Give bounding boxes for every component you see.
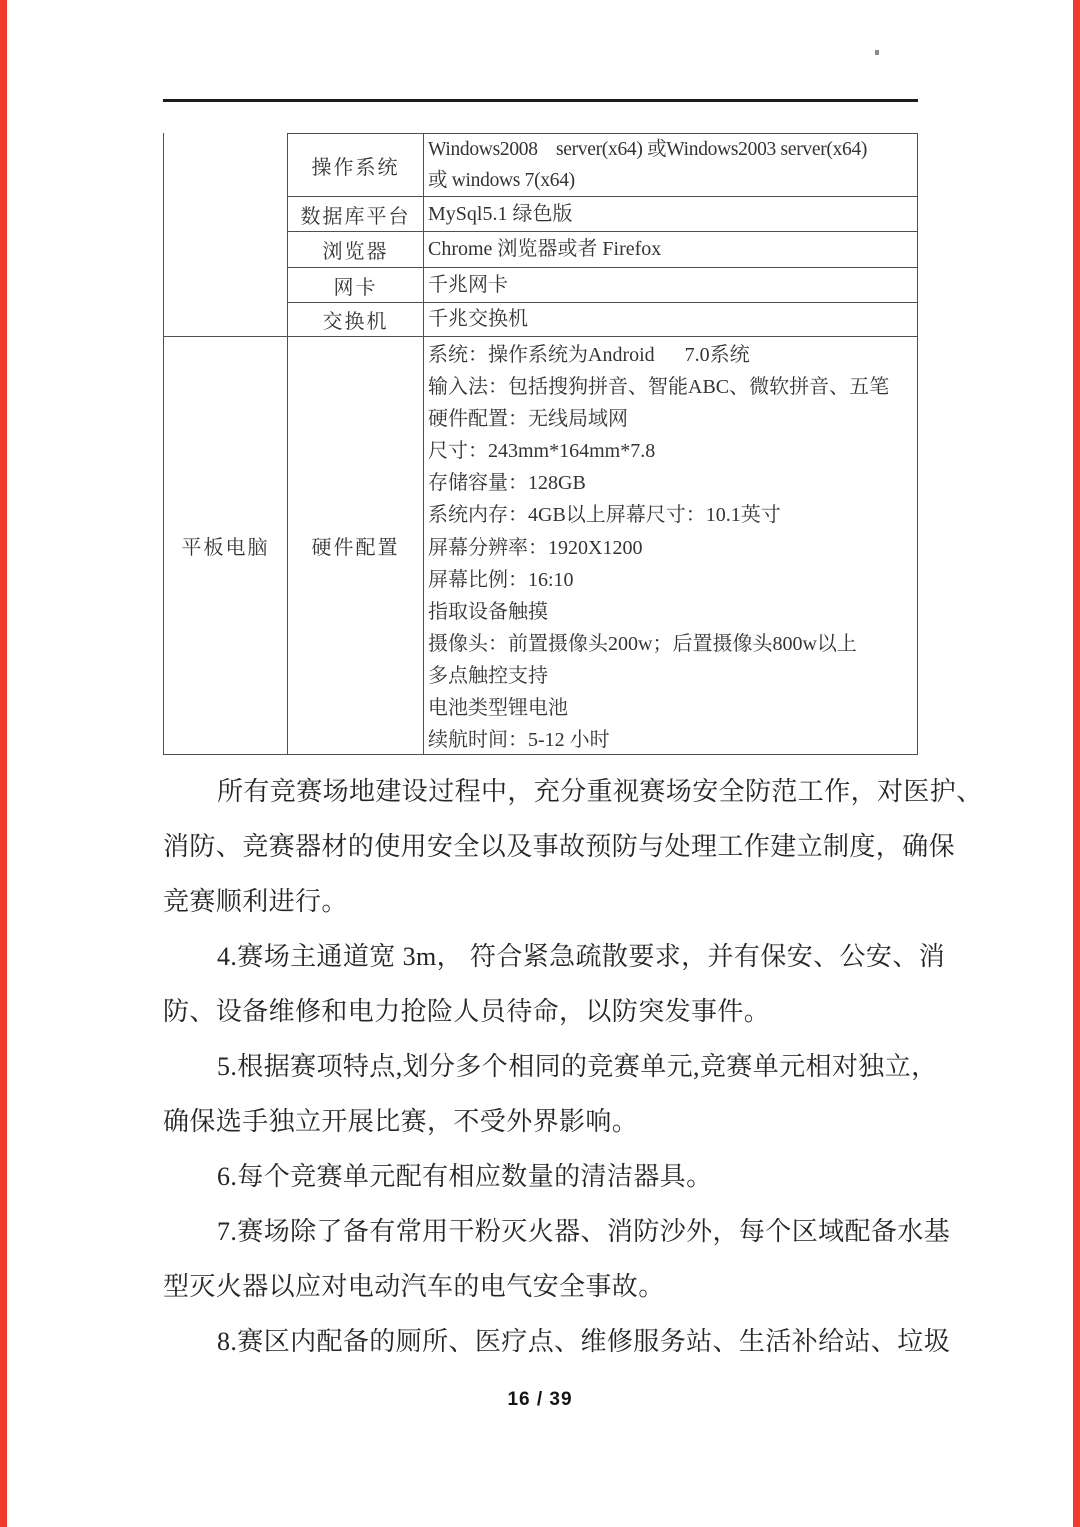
body-paragraphs: 所有竞赛场地建设过程中，充分重视赛场安全防范工作，对医护、消防、竞赛器材的使用安…	[163, 764, 923, 1369]
tablet-spec-line: 屏幕比例：16:10	[428, 564, 913, 596]
body-text-line: 8.赛区内配备的厕所、医疗点、维修服务站、生活补给站、垃圾	[163, 1314, 923, 1369]
table-row-value: Chrome 浏览器或者 Firefox	[424, 232, 918, 268]
body-text-line: 消防、竞赛器材的使用安全以及事故预防与处理工作建立制度，确保	[163, 819, 923, 874]
table-row-label: 网卡	[288, 268, 424, 303]
table-cell-tablet-specs: 系统：操作系统为Android 7.0系统输入法：包括搜狗拼音、智能ABC、微软…	[424, 337, 918, 755]
tablet-spec-line: 存储容量：128GB	[428, 467, 913, 499]
tablet-spec-line: 系统：操作系统为Android 7.0系统	[428, 339, 913, 371]
table-row-value: Windows2008 server(x64) 或Windows2003 ser…	[424, 133, 918, 197]
tablet-spec-line: 摄像头：前置摄像头200w；后置摄像头800w以上	[428, 628, 913, 660]
table-value-line: 千兆网卡	[428, 270, 913, 301]
stray-mark	[875, 50, 879, 55]
body-text-line: 型灭火器以应对电动汽车的电气安全事故。	[163, 1259, 923, 1314]
tablet-spec-line: 指取设备触摸	[428, 596, 913, 628]
table-row-value: 千兆网卡	[424, 268, 918, 303]
table-cell-label: 硬件配置	[288, 337, 424, 755]
table-row-label: 操作系统	[288, 133, 424, 197]
tablet-spec-line: 输入法：包括搜狗拼音、智能ABC、微软拼音、五笔	[428, 371, 913, 403]
tablet-spec-line: 多点触控支持	[428, 660, 913, 692]
body-text-line: 5.根据赛项特点,划分多个相同的竞赛单元,竞赛单元相对独立，	[163, 1039, 923, 1094]
tablet-spec-line: 屏幕分辨率：1920X1200	[428, 532, 913, 564]
page-edge-line-left	[0, 0, 7, 1527]
table-row-label: 数据库平台	[288, 197, 424, 232]
table-cell-empty-category	[164, 133, 288, 337]
tablet-spec-line: 尺寸：243mm*164mm*7.8	[428, 435, 913, 467]
table-value-line: 千兆交换机	[428, 304, 913, 335]
table-value-line: Windows2008 server(x64) 或Windows2003 ser…	[428, 134, 913, 165]
table-row-value: MySql5.1 绿色版	[424, 197, 918, 232]
tablet-spec-line: 硬件配置：无线局域网	[428, 403, 913, 435]
table-value-line: 或 windows 7(x64)	[428, 165, 913, 196]
body-text-line: 7.赛场除了备有常用干粉灭火器、消防沙外，每个区域配备水基	[163, 1204, 923, 1259]
body-text-line: 所有竞赛场地建设过程中，充分重视赛场安全防范工作，对医护、	[163, 764, 923, 819]
tablet-spec-line: 系统内存：4GB以上屏幕尺寸：10.1英寸	[428, 499, 913, 531]
tablet-spec-line: 电池类型锂电池	[428, 692, 913, 724]
table-value-line: Chrome 浏览器或者 Firefox	[428, 234, 913, 265]
table-value-line: MySql5.1 绿色版	[428, 199, 913, 230]
body-text-line: 防、设备维修和电力抢险人员待命，以防突发事件。	[163, 984, 923, 1039]
table-row-label: 交换机	[288, 303, 424, 337]
page-number: 16 / 39	[0, 1389, 1080, 1411]
body-text-line: 4.赛场主通道宽 3m， 符合紧急疏散要求，并有保安、公安、消	[163, 929, 923, 984]
table-cell-category: 平板电脑	[164, 337, 288, 755]
equipment-spec-table: 操作系统Windows2008 server(x64) 或Windows2003…	[163, 133, 917, 755]
body-text-line: 竞赛顺利进行。	[163, 874, 923, 929]
tablet-spec-line: 续航时间：5-12 小时	[428, 724, 913, 755]
table-row-label: 浏览器	[288, 232, 424, 268]
header-rule	[163, 99, 918, 102]
page-edge-line-right	[1073, 0, 1080, 1527]
body-text-line: 6.每个竞赛单元配有相应数量的清洁器具。	[163, 1149, 923, 1204]
body-text-line: 确保选手独立开展比赛，不受外界影响。	[163, 1094, 923, 1149]
document-page: 操作系统Windows2008 server(x64) 或Windows2003…	[0, 0, 1080, 1527]
table-row-value: 千兆交换机	[424, 303, 918, 337]
